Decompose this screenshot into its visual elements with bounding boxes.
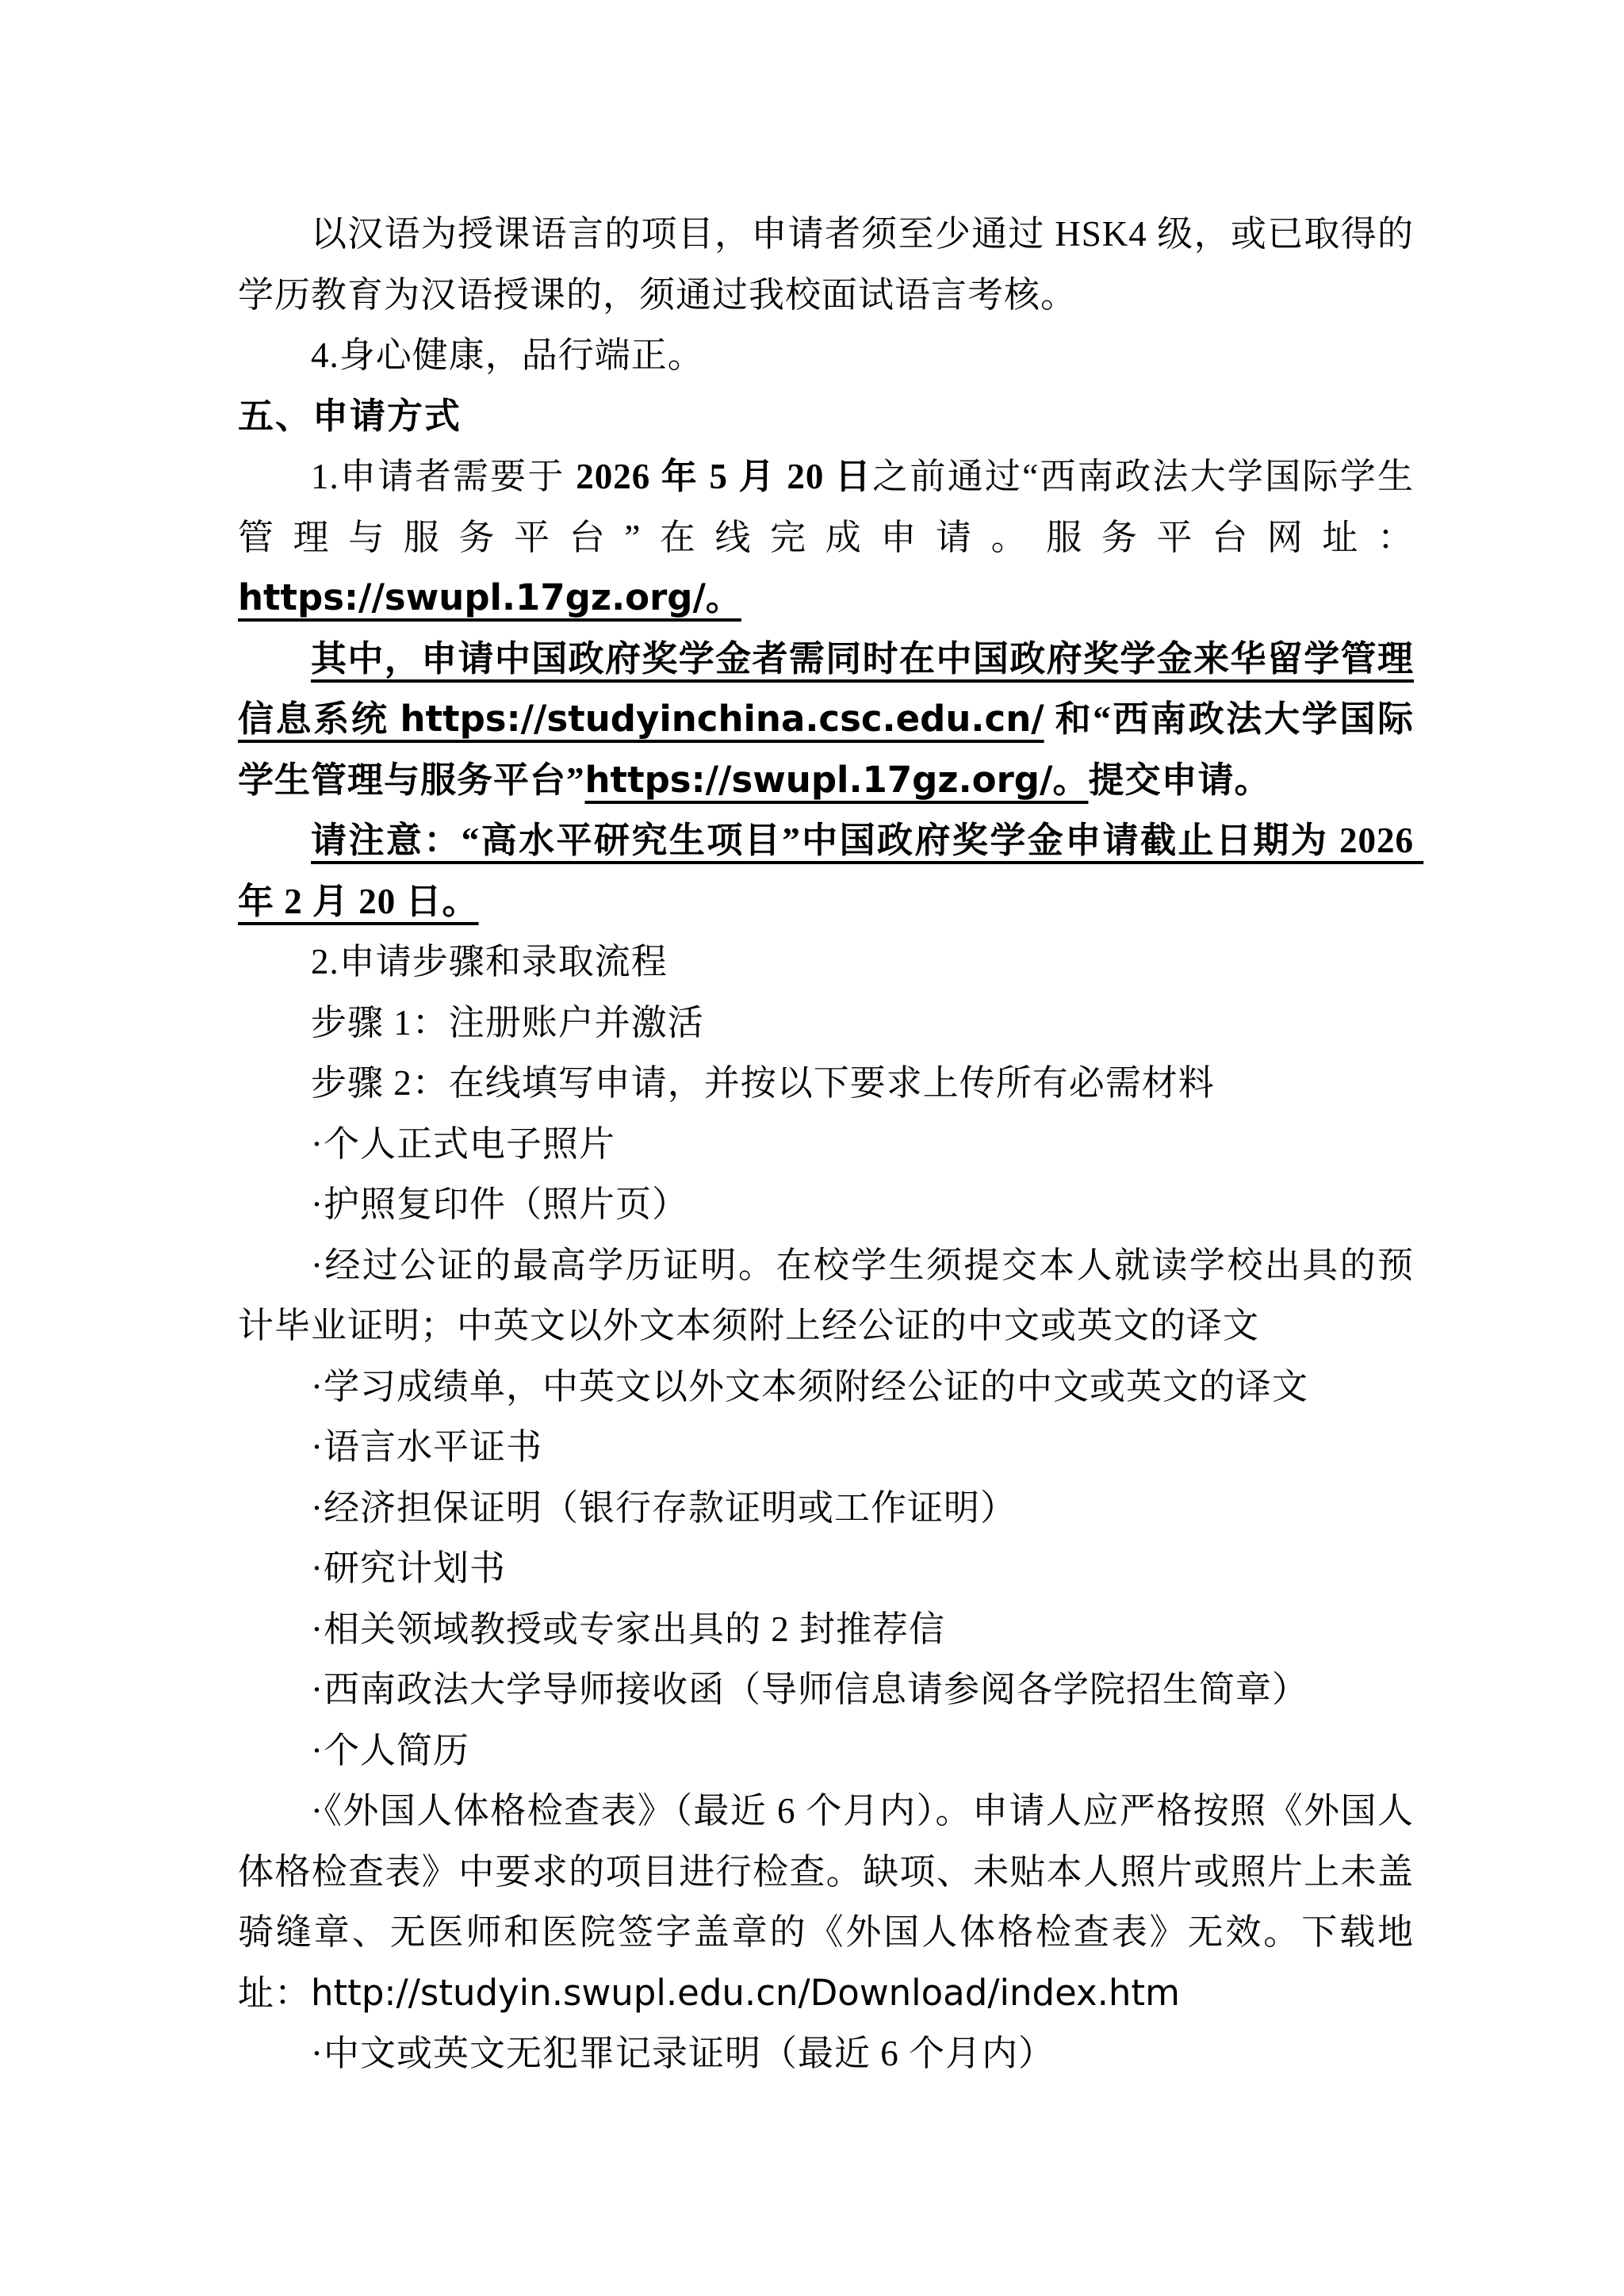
- material-language-certificate: ·语言水平证书: [238, 1417, 1414, 1478]
- document-body: 以汉语为授课语言的项目，申请者须至少通过 HSK4 级，或已取得的学历教育为汉语…: [238, 204, 1414, 2084]
- para-online-application-platform: 1.申请者需要于 2026 年 5 月 20 日之前通过“西南政法大学国际学生管…: [238, 446, 1414, 629]
- text-run: ·中文或英文无犯罪记录证明（最近 6 个月内）: [311, 2034, 1055, 2073]
- text-run: ·相关领域教授或专家出具的 2 封推荐信: [311, 1609, 945, 1649]
- text-run: ·语言水平证书: [311, 1427, 542, 1467]
- document-page: 以汉语为授课语言的项目，申请者须至少通过 HSK4 级，或已取得的学历教育为汉语…: [0, 0, 1624, 2296]
- text-run: ·研究计划书: [311, 1548, 506, 1588]
- text-run: ·学习成绩单，中英文以外文本须附经公证的中文或英文的译文: [311, 1367, 1308, 1406]
- para-step-1: 步骤 1：注册账户并激活: [238, 993, 1414, 1054]
- para-chinese-language-requirement: 以汉语为授课语言的项目，申请者须至少通过 HSK4 级，或已取得的学历教育为汉语…: [238, 204, 1414, 325]
- text-run: ·护照复印件（照片页）: [311, 1184, 688, 1224]
- text-run: ·经过公证的最高学历证明。在校学生须提交本人就读学校出具的预计毕业证明；中英文以…: [238, 1246, 1414, 1346]
- material-physical-examination-form: ·《外国人体格检查表》（最近 6 个月内）。申请人应严格按照《外国人体格检查表》…: [238, 1781, 1414, 2023]
- text-run: 请注意：“高水平研究生项目”中国政府奖学金申请截止日期为 2026 年 2 月 …: [238, 821, 1423, 921]
- material-no-criminal-record: ·中文或英文无犯罪记录证明（最近 6 个月内）: [238, 2023, 1414, 2084]
- hyperlink[interactable]: https://swupl.17gz.org/。: [238, 576, 741, 618]
- para-csc-scholarship-note: 其中，申请中国政府奖学金者需同时在中国政府奖学金来华留学管理信息系统 https…: [238, 629, 1414, 811]
- para-steps-and-admission-process: 2.申请步骤和录取流程: [238, 932, 1414, 993]
- hyperlink[interactable]: https://studyinchina.csc.edu.cn/: [400, 698, 1044, 740]
- material-resume: ·个人简历: [238, 1720, 1414, 1781]
- text-run: 4.身心健康，品行端正。: [311, 335, 704, 375]
- text-run: 提交申请。: [1088, 760, 1270, 800]
- material-personal-photo: ·个人正式电子照片: [238, 1114, 1414, 1175]
- section-heading-application-method: 五、申请方式: [238, 386, 1414, 447]
- text-run: 步骤 2：在线填写申请，并按以下要求上传所有必需材料: [311, 1063, 1215, 1103]
- material-supervisor-acceptance-letter: ·西南政法大学导师接收函（导师信息请参阅各学院招生简章）: [238, 1659, 1414, 1720]
- text-run: ·个人正式电子照片: [311, 1124, 615, 1164]
- material-recommendation-letters: ·相关领域教授或专家出具的 2 封推荐信: [238, 1599, 1414, 1660]
- text-run: 以汉语为授课语言的项目，申请者须至少通过 HSK4 级，或已取得的学历教育为汉语…: [238, 214, 1414, 315]
- material-transcript: ·学习成绩单，中英文以外文本须附经公证的中文或英文的译文: [238, 1357, 1414, 1418]
- para-step-2: 步骤 2：在线填写申请，并按以下要求上传所有必需材料: [238, 1053, 1414, 1114]
- text-run: 2026 年 5 月 20 日: [576, 457, 872, 496]
- material-financial-guarantee: ·经济担保证明（银行存款证明或工作证明）: [238, 1478, 1414, 1539]
- text-run: 1.申请者需要于: [311, 457, 576, 496]
- text-run: 五、申请方式: [238, 395, 462, 437]
- text-run: 步骤 1：注册账户并激活: [311, 1003, 704, 1043]
- hyperlink[interactable]: https://swupl.17gz.org/。: [585, 759, 1089, 801]
- text-run: ·经济担保证明（银行存款证明或工作证明）: [311, 1488, 1017, 1528]
- text-run: ·个人简历: [311, 1731, 469, 1770]
- para-item4-health: 4.身心健康，品行端正。: [238, 325, 1414, 386]
- material-passport-copy: ·护照复印件（照片页）: [238, 1174, 1414, 1235]
- text-run: ·西南政法大学导师接收函（导师信息请参阅各学院招生简章）: [311, 1670, 1308, 1709]
- text-run: 2.申请步骤和录取流程: [311, 942, 668, 982]
- para-deadline-notice: 请注意：“高水平研究生项目”中国政府奖学金申请截止日期为 2026 年 2 月 …: [238, 810, 1414, 932]
- url-text: http://studyin.swupl.edu.cn/Download/ind…: [311, 1972, 1180, 2014]
- material-research-plan: ·研究计划书: [238, 1538, 1414, 1599]
- material-notarized-diploma: ·经过公证的最高学历证明。在校学生须提交本人就读学校出具的预计毕业证明；中英文以…: [238, 1235, 1414, 1357]
